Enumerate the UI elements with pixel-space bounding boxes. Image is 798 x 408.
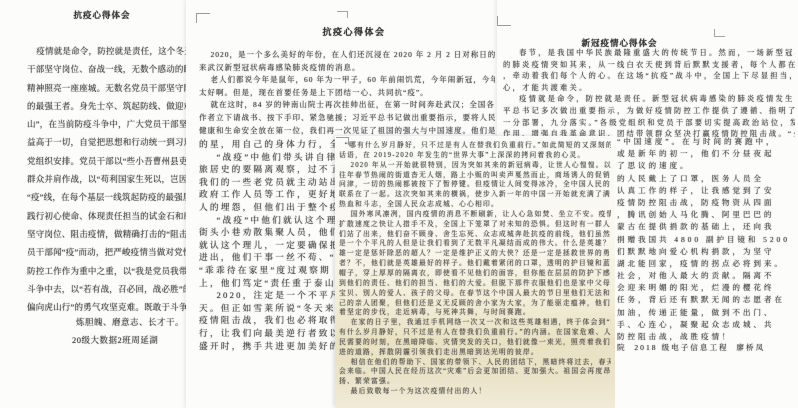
text-line: 宝贝、别人的爱人、孩子的父母。在春节这个中国人最大的节日里他们无法和自 [339,289,611,299]
text-line: 了思议的速度。 [617,160,798,172]
text-line: 疫情就是命令，防控就是责任。新型冠状病毒感染的肺炎疫情发生以来，习近 [503,93,795,105]
page2-continuation-column: 的星，用自己的身体力行，全 “战疫”中他们带头讲自律旅居史的要隔离观察，过不了我… [199,138,349,352]
page2-title: 抗疫心得体会 [186,25,500,38]
text-line: 益高于一切，自觉把思想和行动统一到习近平总书记重要 [27,133,190,151]
text-line: 的人民戴上了口罩，医务人员全 [617,173,798,185]
text-line: 民需要的时刻，在黑暗降临、灾情突发的关口，他们就像一束光，照亮着我们前 [339,338,611,348]
text-line: 进的道路，挥散阴霾引领我们走出黑暗到达光明的彼岸。 [339,348,611,358]
text-line: “中国速度”。在与时间的赛跑中， [617,136,798,148]
text-line: 旅居史的要隔离观察，过不了 [199,163,349,176]
text-line: 热血和斗志，全国人民众志成城、心心相印。 [339,200,611,210]
text-line: 疫情阻击战，我们也必将取得 [199,314,349,327]
text-line: 行，让我们向最美逆行者致以 [199,327,349,340]
text-line: 疫情就是命令，防控就是责任，这个冬天，面对来势汹 [27,42,190,60]
text-line: 心，才能共渡难关。 [503,82,795,94]
page2-body-text: 2020，是一个多么美好的年份，在人们还沉浸在 2020 年 2 月 2 日对称… [199,49,495,137]
text-line: 相信在他们的帮助下、国家的带领下、人民的团结下，黑暗终将过去，春天将 [339,358,611,368]
text-line: “乖乖待在家里”度过观察期 [199,264,349,277]
text-line: 扬、繁荣富强。 [339,377,611,387]
text-line: 往年春节热闹的街道杳无人烟，路上小贩的叫卖声戛然而止，商场诱人的促销无人 [339,171,611,181]
text-line: 的星，用自己的身体力行，全 [199,138,349,151]
text-line: 精神照亮一座座城。无数名党员干部坚守阵地、逆行而上 [27,79,190,97]
text-line: 任务，背后还有默默无闻的志愿者在 [617,294,798,306]
page3-body-text: “哪有什么岁月静好，只不过是有人在替我们负重前行。”如此简短的又深刻的话语，在 … [339,141,611,397]
text-line: “战疫”中他们就认这个理 [199,214,349,227]
text-line: 蒙古在提供捐款的基础上，还向我 [617,221,798,233]
text-line: 党组织安排。党员干部以“些小吾曹州县吏，一枝一叶总 [27,152,190,170]
text-line: 就在这时，84 岁的钟南山院士再次挂帅出征，在第一时间奔赴武汉；全国各地医务工 [199,99,495,112]
page4-right-column: “中国速度”。在与时间的赛跑中，或是新年的初一，他们不分昼夜起了思议的速度。的人… [617,136,798,343]
text-line: 者？不，他们就是英雄最好的样子。他们戴着紧闭的口罩，透明的护目镜和蓝色 [339,259,611,269]
text-line: 偏向虎山行”的勇气攻坚克难。既敢于斗争，更善于斗争， [27,298,190,316]
text-line: 的最强王者。身先士卒、筑起防线、做迎难而上的“先行 [27,97,190,115]
text-line: 帽子，穿上厚厚的隔离衣，即使看不见他们的面容，但你能在层层的防护下感受 [339,269,611,279]
page-corner-fold-mark [337,11,348,18]
text-line: 着坚定的步伐，走近病毒，与死神共舞，与时间赛跑。 [339,308,611,318]
page-corner-fold-mark [336,137,349,145]
text-line: 会来临。中国人民在经历这次“灾难”后会更加团结、更加强大。祖国会再度昂 [339,367,611,377]
text-line: ，腾讯创始人马化腾、阿里巴巴的 [617,209,798,221]
text-line: 人的埋怨，但他们出于整个疫 [199,201,349,214]
text-line: 老人们都说今年是鼠年，60 年为一甲子，60 年前闹饥荒，今年闹新冠，今年可能庄… [199,74,495,87]
text-line: 是一个个平凡的人但是让我们看到了无数平凡凝结而成的伟大。什么是英雄？英 [339,239,611,249]
text-line: 2020，是一个多么美好的年份，在人们还沉浸在 2020 年 2 月 2 日对称… [199,49,495,62]
text-line: 进出，他们干事一丝不苟、“ [199,251,349,264]
page4-body-text: 春节，是我国中华民族最隆重盛大的传统节日。然而，一场新型冠状病毒感染的肺炎疫情突… [503,47,795,140]
text-line: 2020 年从一开始就很特别，因为突如其来的新冠病毒，让世人心惶惶。以 [339,161,611,171]
text-line: 作者立下请战书、按下手印、紧急驰援；习近平总书记做出重要指示，要将人民群众的身体 [199,112,495,125]
text-line: 最后致敬每一个为这次疫情付出的人！ [339,387,611,397]
text-line: 盛开时，携手共进更加美好的 [199,340,349,353]
page1-closing-line: 炼胆魄、磨意志、长才干。 [76,316,184,328]
text-line: 有什么岁月静好，只不过是有人在替我们负重前行。”的内涵。在国家危难、人 [339,328,611,338]
text-line: 防控工作作为重中之重，以“我是党员我带头”的积极性 [27,262,190,280]
text-line: 手、心连心，凝聚起众志成城、共 [617,319,798,331]
page-corner-fold-mark [497,16,511,26]
scanned-documents-canvas: 抗疫心得体会 疫情就是命令，防控就是责任，这个冬天，面对来势汹干部坚守岗位、奋战… [0,0,798,408]
text-line: 湖北能回家，疫情的拐点必将到来。 [617,258,798,270]
page-corner-fold-mark [714,29,725,37]
text-line: 或是新年的初一，他们不分昼夜起 [617,148,798,160]
text-line: ，牵动着我们每个人的心。在这场“抗疫”战斗中，全国上下尽显担当，团结一 [503,70,795,82]
text-line: 天。但正如雪莱所说“冬天来 [199,302,349,315]
text-line: 政府工作人员等工作，更好地 [199,188,349,201]
text-line: 们默默地向爱心机构捐款，为坚守 [617,246,798,258]
text-line: 干部坚守岗位、奋战一线，无数个感动的瞬间温暖了无数 [27,60,190,78]
text-line: “哪有什么岁月静好，只不过是有人在替我们负重前行。”如此简短的又深刻的 [339,141,611,151]
text-line: 在家的日子里，我通过手机网络一次又一次和这些英雄相遇，终于体会到“哪 [339,318,611,328]
text-line: 国外寒风凛冽，国内疫情的消息不断刷新，让人心急如焚、坐立不安。疫情的 [339,210,611,220]
text-line: 雄一定是惩奸除恶的超人？一定是维护正义的大侠？还是一定是拯救世界的勇 [339,249,611,259]
text-line: 捐赠我国共 4800 副护目镜和 5200 [617,234,798,246]
text-line: 群众并肩作战，以“苟利国家生死以，岂因祸福避趋之” [27,170,190,188]
page1-body-text: 疫情就是命令，防控就是责任，这个冬天，面对来势汹干部坚守岗位、奋战一线，无数个感… [27,42,190,316]
text-line: 联系在了一起。这次突如其来的横祸，使步入新一年的中国一开始就充满了满腔 [339,190,611,200]
text-line: 己的亲人团聚，但他们还是义无反顾的舍小家为大家，为了能驱走瘟神，他们迈 [339,299,611,309]
text-line: 话语，在 2019-2020 年发生的“世界大事”上深深的拷问着我的心灵。 [339,151,611,161]
text-line: 坚守岗位、阻击疫情，做精确打击的“阻击者”。“疫情 [27,225,190,243]
text-line: 员干部闻“疫”而动，把严峻疫情当做对党性的考验，对 [27,243,190,261]
page1-signature: 20级大数据2班周延湖 [72,334,158,346]
text-line: 春节，是我国中华民族最隆重盛大的传统节日。然而，一场新型冠状病毒感染 [503,47,795,59]
text-line: 到他们的责任、他们的担当、他们的大爱。但脱下那件衣服他们也是家中父母的 [339,279,611,289]
text-line: 的肺炎疫情突如其来，从一线白衣天使到背后默默支援者，每个人都在负重前行 [503,59,795,71]
text-line: 太好啊。但是，现在首要任务是上下团结一心、共同抗“疫”。 [199,87,495,100]
text-line: 2020，注定是一个不平凡 [199,289,349,302]
text-line: “疫”线，在每个基层一线筑起防疫的最强屏障，把投身 [27,188,190,206]
text-line: 问津，一切的热闹都被按下了暂停键。但疫情让人间变得冰冷，全中国人民的心 [339,180,611,190]
text-line: 我们的一些老党员就主动站出 [199,176,349,189]
text-line: 加油，传递正能量，做到不出门、 [617,307,798,319]
text-line: 们站了出来，他们奋不顾身、舍生忘死、众志成城奔赴抗疫的前线，他们虽然都 [339,230,611,240]
text-line: 就认这个理儿，一定要确保把 [199,239,349,252]
text-line: 践行初心使命、体现责任担当的试金石和磨刀石，以更强 [27,207,190,225]
page1-title: 抗疫心得体会 [0,9,190,21]
page-corner-fold-mark [196,13,210,23]
text-line: 上，他们笃定“责任重于泰山 [199,277,349,290]
text-line: 扩散速度之快让人措手不及，全国上下笼罩了对未知的恐惧。但这时有一群人他 [339,220,611,230]
text-line: 斗争中去，以“若有战，召必回，战必胜”的决心真抓实 [27,280,190,298]
text-line: 一分部署，九分落实。”各级党组织和党员干部要切实提高政治站位，发挥优良 [503,117,795,129]
text-line: “战疫”中他们带头讲自律 [199,151,349,164]
text-line: 来武汉新型冠状病毒感染肺炎疫情的消息。 [199,62,495,75]
text-line: 平总书记多次做出重要指示，为做好疫情防控工作提供了遵循、指明了方向。“ [503,105,795,117]
essay-page-1: 抗疫心得体会 疫情就是命令，防控就是责任，这个冬天，面对来势汹干部坚守岗位、奋战… [0,0,190,408]
text-line: 认真工作的样子，让我感觉到了安 [617,185,798,197]
text-line: 街头小巷劝散集聚人员，他们 [199,226,349,239]
text-line: 社会，对他人最大的贡献。隔离不 [617,270,798,282]
text-line: 疫情防控阻击战，防疫物资从四面 [617,197,798,209]
text-line: 山”，在当前防疫斗争中，广大党员干部坚持以人民为中 [27,115,190,133]
page4-signature: 院 2018 级电子信息工程 廖桥凤 [617,342,765,353]
text-line: 会迎来明媚的阳光，烂漫的樱花终 [617,282,798,294]
essay-page-3-overlay: “哪有什么岁月静好，只不过是有人在替我们负重前行。”如此简短的又深刻的话语，在 … [335,136,615,408]
